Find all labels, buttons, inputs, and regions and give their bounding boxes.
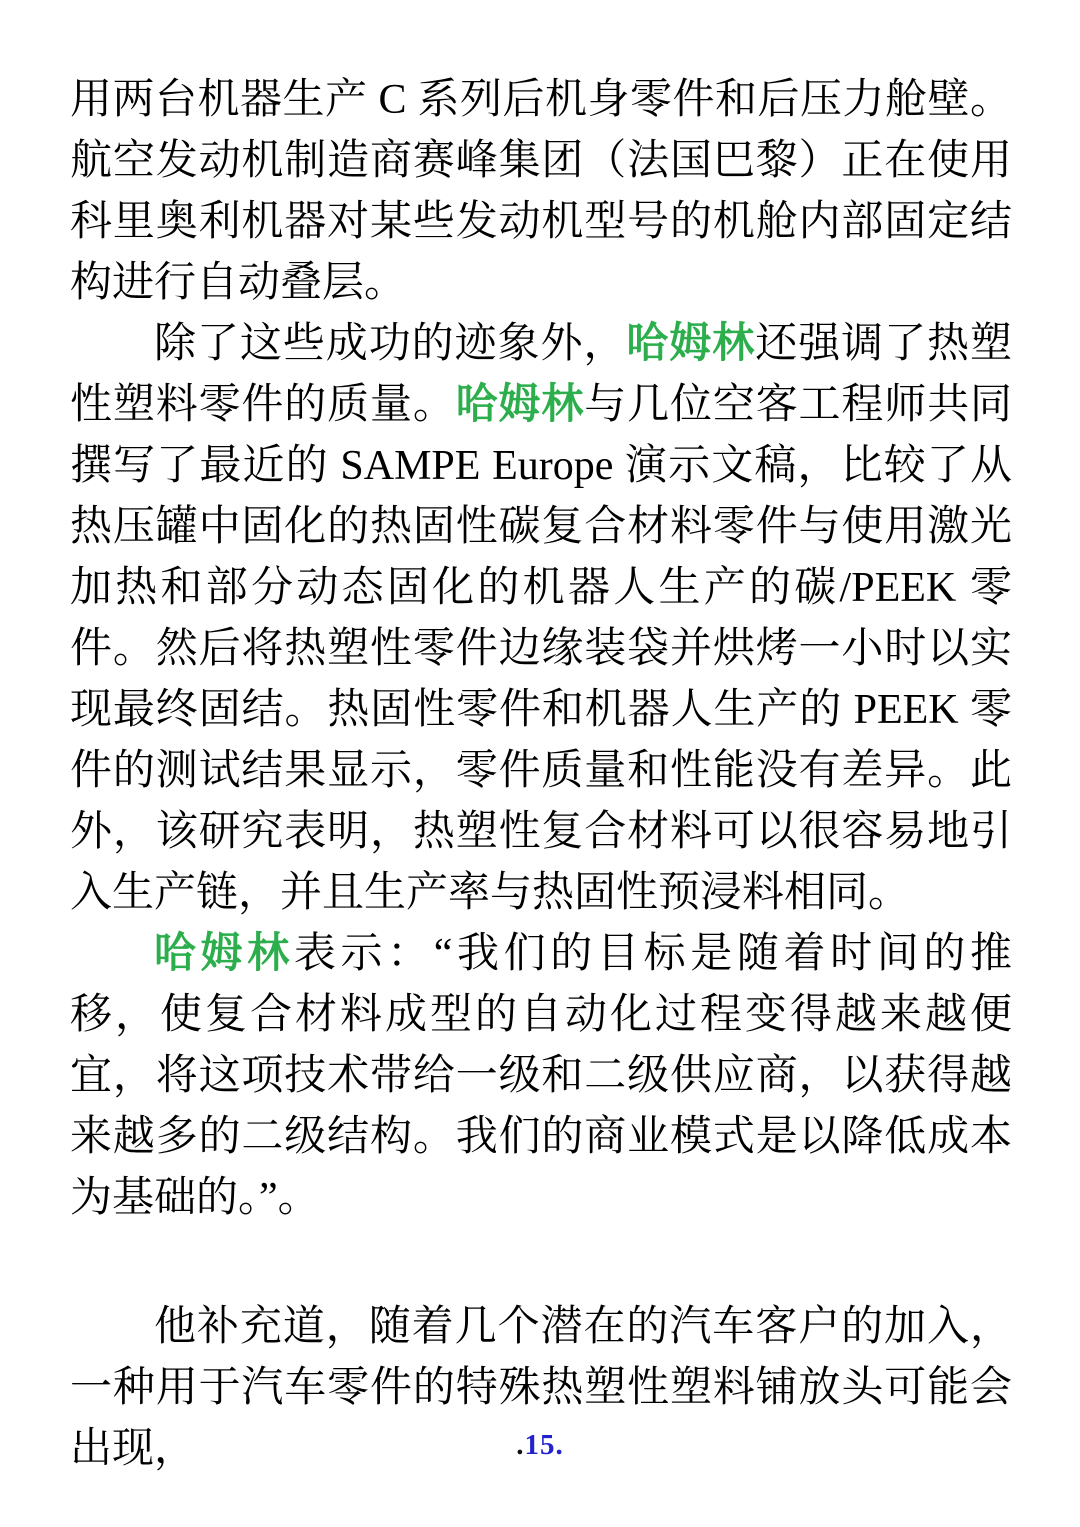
text-run: 与几位空客工程师共同撰写了最近的 SAMPE Europe 演示文稿，比较了从热…	[70, 382, 1012, 916]
person-name-highlight: 哈姆林	[154, 931, 294, 977]
document-page: 用两台机器生产 C 系列后机身零件和后压力舱壁。航空发动机制造商赛峰集团（法国巴…	[0, 0, 1080, 1527]
page-number-prefix-dot: .	[516, 1429, 524, 1461]
page-number: .15.	[0, 1429, 1080, 1462]
paragraph: 用两台机器生产 C 系列后机身零件和后压力舱壁。航空发动机制造商赛峰集团（法国巴…	[70, 70, 1012, 314]
text-run: 除了这些成功的迹象外，	[154, 321, 626, 367]
page-number-value: 15.	[525, 1429, 564, 1461]
person-name-highlight: 哈姆林	[626, 321, 755, 367]
paragraph: 哈姆林表示：“我们的目标是随着时间的推移，使复合材料成型的自动化过程变得越来越便…	[70, 924, 1012, 1229]
person-name-highlight: 哈姆林	[456, 382, 585, 428]
text-run: 用两台机器生产 C 系列后机身零件和后压力舱壁。航空发动机制造商赛峰集团（法国巴…	[70, 77, 1012, 306]
paragraph: 除了这些成功的迹象外，哈姆林还强调了热塑性塑料零件的质量。哈姆林与几位空客工程师…	[70, 314, 1012, 924]
article-body: 用两台机器生产 C 系列后机身零件和后压力舱壁。航空发动机制造商赛峰集团（法国巴…	[70, 70, 1012, 1480]
